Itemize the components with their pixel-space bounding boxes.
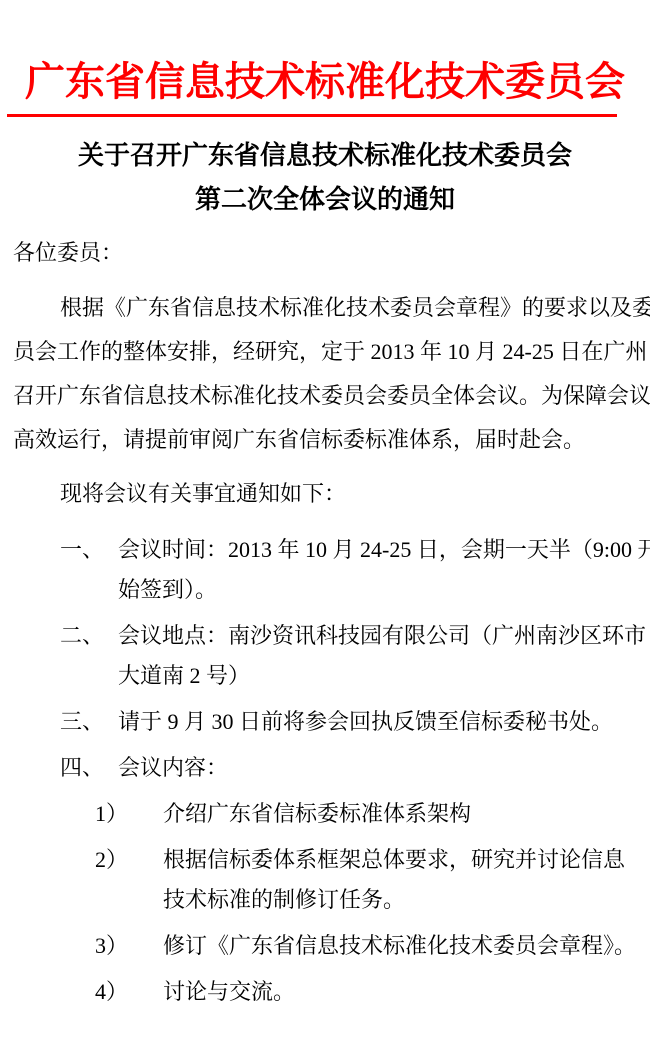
- text-line: 讨论与交流。: [163, 972, 637, 1012]
- sub-item-1: 1） 介绍广东省信标委标准体系架构: [95, 794, 637, 834]
- list-marker: 四、: [60, 748, 118, 788]
- lead-in-paragraph: 现将会议有关事宜通知如下：: [13, 472, 637, 516]
- text-line: 根据信标委体系框架总体要求，研究并讨论信息: [163, 840, 637, 880]
- text-line: 会议内容：: [118, 748, 637, 788]
- intro-line-1: 根据《广东省信息技术标准化技术委员会章程》的要求以及委: [13, 286, 637, 330]
- sub-item-3: 3） 修订《广东省信息技术标准化技术委员会章程》。: [95, 926, 637, 966]
- intro-line-4: 高效运行，请提前审阅广东省信标委标准体系，届时赴会。: [13, 418, 637, 462]
- salutation: 各位委员：: [13, 231, 637, 275]
- text-line: 始签到）。: [118, 570, 637, 610]
- org-masthead-title: 广东省信息技术标准化技术委员会: [13, 57, 637, 107]
- notice-document: 广东省信息技术标准化技术委员会 关于召开广东省信息技术标准化技术委员会 第二次全…: [0, 0, 650, 1062]
- text-line: 技术标准的制修订任务。: [163, 880, 637, 920]
- list-item-content: 会议内容：: [118, 748, 637, 788]
- notice-title: 关于召开广东省信息技术标准化技术委员会 第二次全体会议的通知: [13, 133, 637, 221]
- list-item-content: 根据信标委体系框架总体要求，研究并讨论信息 技术标准的制修订任务。: [163, 840, 637, 920]
- notice-title-line-1: 关于召开广东省信息技术标准化技术委员会: [13, 133, 637, 177]
- list-marker: 1）: [95, 794, 163, 834]
- list-item-content: 修订《广东省信息技术标准化技术委员会章程》。: [163, 926, 637, 966]
- list-marker: 2）: [95, 840, 163, 880]
- list-item-meeting-place: 二、 会议地点：南沙资讯科技园有限公司（广州南沙区环市 大道南 2 号）: [60, 616, 637, 696]
- notice-title-line-2: 第二次全体会议的通知: [13, 177, 637, 221]
- text-line: 会议时间：2013 年 10 月 24-25 日，会期一天半（9:00 开: [118, 530, 637, 570]
- list-item-content: 讨论与交流。: [163, 972, 637, 1012]
- list-item-meeting-time: 一、 会议时间：2013 年 10 月 24-25 日，会期一天半（9:00 开…: [60, 530, 637, 610]
- agenda-list: 一、 会议时间：2013 年 10 月 24-25 日，会期一天半（9:00 开…: [13, 530, 637, 1012]
- text-line: 大道南 2 号）: [118, 656, 637, 696]
- intro-line-2: 员会工作的整体安排，经研究，定于 2013 年 10 月 24-25 日在广州: [13, 330, 637, 374]
- intro-line-3: 召开广东省信息技术标准化技术委员会委员全体会议。为保障会议: [13, 374, 637, 418]
- text-line: 修订《广东省信息技术标准化技术委员会章程》。: [163, 926, 637, 966]
- list-item-content: 会议时间：2013 年 10 月 24-25 日，会期一天半（9:00 开 始签…: [118, 530, 637, 610]
- list-item-meeting-agenda: 四、 会议内容：: [60, 748, 637, 788]
- list-marker: 4）: [95, 972, 163, 1012]
- list-item-content: 请于 9 月 30 日前将参会回执反馈至信标委秘书处。: [118, 702, 637, 742]
- list-marker: 3）: [95, 926, 163, 966]
- text-line: 请于 9 月 30 日前将参会回执反馈至信标委秘书处。: [118, 702, 637, 742]
- list-item-content: 会议地点：南沙资讯科技园有限公司（广州南沙区环市 大道南 2 号）: [118, 616, 637, 696]
- list-item-content: 介绍广东省信标委标准体系架构: [163, 794, 637, 834]
- sub-item-4: 4） 讨论与交流。: [95, 972, 637, 1012]
- list-item-reply-deadline: 三、 请于 9 月 30 日前将参会回执反馈至信标委秘书处。: [60, 702, 637, 742]
- intro-paragraph: 根据《广东省信息技术标准化技术委员会章程》的要求以及委 员会工作的整体安排，经研…: [13, 286, 637, 462]
- list-marker: 一、: [60, 530, 118, 570]
- list-marker: 二、: [60, 616, 118, 656]
- text-line: 会议地点：南沙资讯科技园有限公司（广州南沙区环市: [118, 616, 637, 656]
- agenda-sub-list: 1） 介绍广东省信标委标准体系架构 2） 根据信标委体系框架总体要求，研究并讨论…: [13, 794, 637, 1012]
- text-line: 介绍广东省信标委标准体系架构: [163, 794, 637, 834]
- list-marker: 三、: [60, 702, 118, 742]
- sub-item-2: 2） 根据信标委体系框架总体要求，研究并讨论信息 技术标准的制修订任务。: [95, 840, 637, 920]
- masthead-divider-rule: [7, 114, 617, 117]
